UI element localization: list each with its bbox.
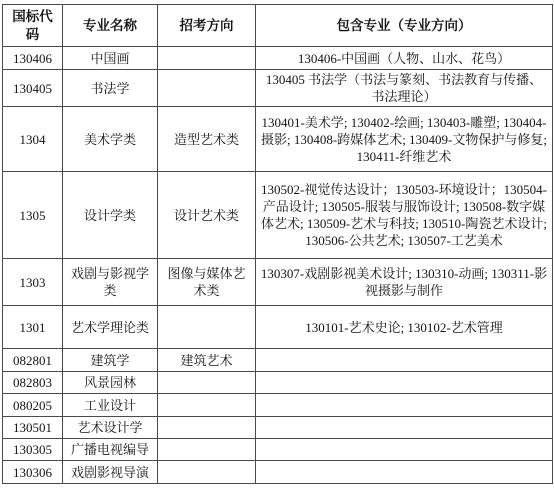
cell-includes: 130405 书法学（书法与篆刻、书法教育与传播、书法理论） xyxy=(256,70,553,107)
cell-direction xyxy=(158,70,256,107)
cell-includes xyxy=(256,461,553,484)
cell-major: 戏剧影视导演 xyxy=(63,461,158,484)
cell-major: 广播电视编导 xyxy=(63,439,158,461)
cell-major: 设计学类 xyxy=(63,172,158,259)
cell-includes xyxy=(256,417,553,439)
cell-direction xyxy=(158,461,256,484)
majors-table: 国标代码 专业名称 招考方向 包含专业（专业方向） 130406中国画13040… xyxy=(2,4,553,484)
col-header-exam-direction: 招考方向 xyxy=(158,5,256,47)
cell-code: 1303 xyxy=(3,259,63,306)
cell-direction xyxy=(158,306,256,349)
cell-major: 建筑学 xyxy=(63,349,158,372)
table-row: 082803风景园林 xyxy=(3,372,553,394)
cell-major: 书法学 xyxy=(63,70,158,107)
cell-major: 风景园林 xyxy=(63,372,158,394)
table-row: 080205工业设计 xyxy=(3,394,553,417)
cell-code: 130406 xyxy=(3,47,63,70)
table-row: 1303戏剧与影视学类图像与媒体艺术类130307-戏剧影视美术设计; 1303… xyxy=(3,259,553,306)
cell-direction xyxy=(158,439,256,461)
table-row: 130406中国画130406-中国画（人物、山水、花鸟） xyxy=(3,47,553,70)
cell-direction: 图像与媒体艺术类 xyxy=(158,259,256,306)
cell-code: 082801 xyxy=(3,349,63,372)
cell-code: 1305 xyxy=(3,172,63,259)
col-header-major-name: 专业名称 xyxy=(63,5,158,47)
cell-major: 工业设计 xyxy=(63,394,158,417)
cell-includes xyxy=(256,349,553,372)
cell-direction: 建筑艺术 xyxy=(158,349,256,372)
table-row: 130501艺术设计学 xyxy=(3,417,553,439)
cell-major: 美术学类 xyxy=(63,107,158,172)
table-row: 082801建筑学建筑艺术 xyxy=(3,349,553,372)
table-row: 1301艺术学理论类130101-艺术史论; 130102-艺术管理 xyxy=(3,306,553,349)
cell-includes: 130101-艺术史论; 130102-艺术管理 xyxy=(256,306,553,349)
table-row: 1305设计学类设计艺术类130502-视觉传达设计；130503-环境设计；1… xyxy=(3,172,553,259)
cell-code: 130306 xyxy=(3,461,63,484)
cell-includes: 130406-中国画（人物、山水、花鸟） xyxy=(256,47,553,70)
cell-includes: 130502-视觉传达设计；130503-环境设计；130504-产品设计; 1… xyxy=(256,172,553,259)
cell-code: 1301 xyxy=(3,306,63,349)
table-row: 130305广播电视编导 xyxy=(3,439,553,461)
cell-includes xyxy=(256,394,553,417)
cell-direction xyxy=(158,47,256,70)
cell-includes xyxy=(256,439,553,461)
cell-code: 082803 xyxy=(3,372,63,394)
cell-major: 戏剧与影视学类 xyxy=(63,259,158,306)
cell-direction xyxy=(158,372,256,394)
table-body: 130406中国画130406-中国画（人物、山水、花鸟）130405书法学13… xyxy=(3,47,553,484)
cell-code: 130501 xyxy=(3,417,63,439)
cell-major: 艺术设计学 xyxy=(63,417,158,439)
cell-code: 130305 xyxy=(3,439,63,461)
cell-code: 130405 xyxy=(3,70,63,107)
cell-code: 080205 xyxy=(3,394,63,417)
header-row: 国标代码 专业名称 招考方向 包含专业（专业方向） xyxy=(3,5,553,47)
col-header-included-majors: 包含专业（专业方向） xyxy=(256,5,553,47)
cell-major: 艺术学理论类 xyxy=(63,306,158,349)
cell-direction xyxy=(158,394,256,417)
cell-includes: 130307-戏剧影视美术设计; 130310-动画; 130311-影视摄影与… xyxy=(256,259,553,306)
cell-code: 1304 xyxy=(3,107,63,172)
cell-includes xyxy=(256,372,553,394)
page: 国标代码 专业名称 招考方向 包含专业（专业方向） 130406中国画13040… xyxy=(0,0,554,500)
cell-direction xyxy=(158,417,256,439)
table-row: 1304美术学类造型艺术类130401-美术学; 130402-绘画; 1304… xyxy=(3,107,553,172)
cell-includes: 130401-美术学; 130402-绘画; 130403-雕塑; 130404… xyxy=(256,107,553,172)
col-header-national-code: 国标代码 xyxy=(3,5,63,47)
cell-direction: 设计艺术类 xyxy=(158,172,256,259)
table-row: 130306戏剧影视导演 xyxy=(3,461,553,484)
table-row: 130405书法学130405 书法学（书法与篆刻、书法教育与传播、书法理论） xyxy=(3,70,553,107)
cell-direction: 造型艺术类 xyxy=(158,107,256,172)
cell-major: 中国画 xyxy=(63,47,158,70)
